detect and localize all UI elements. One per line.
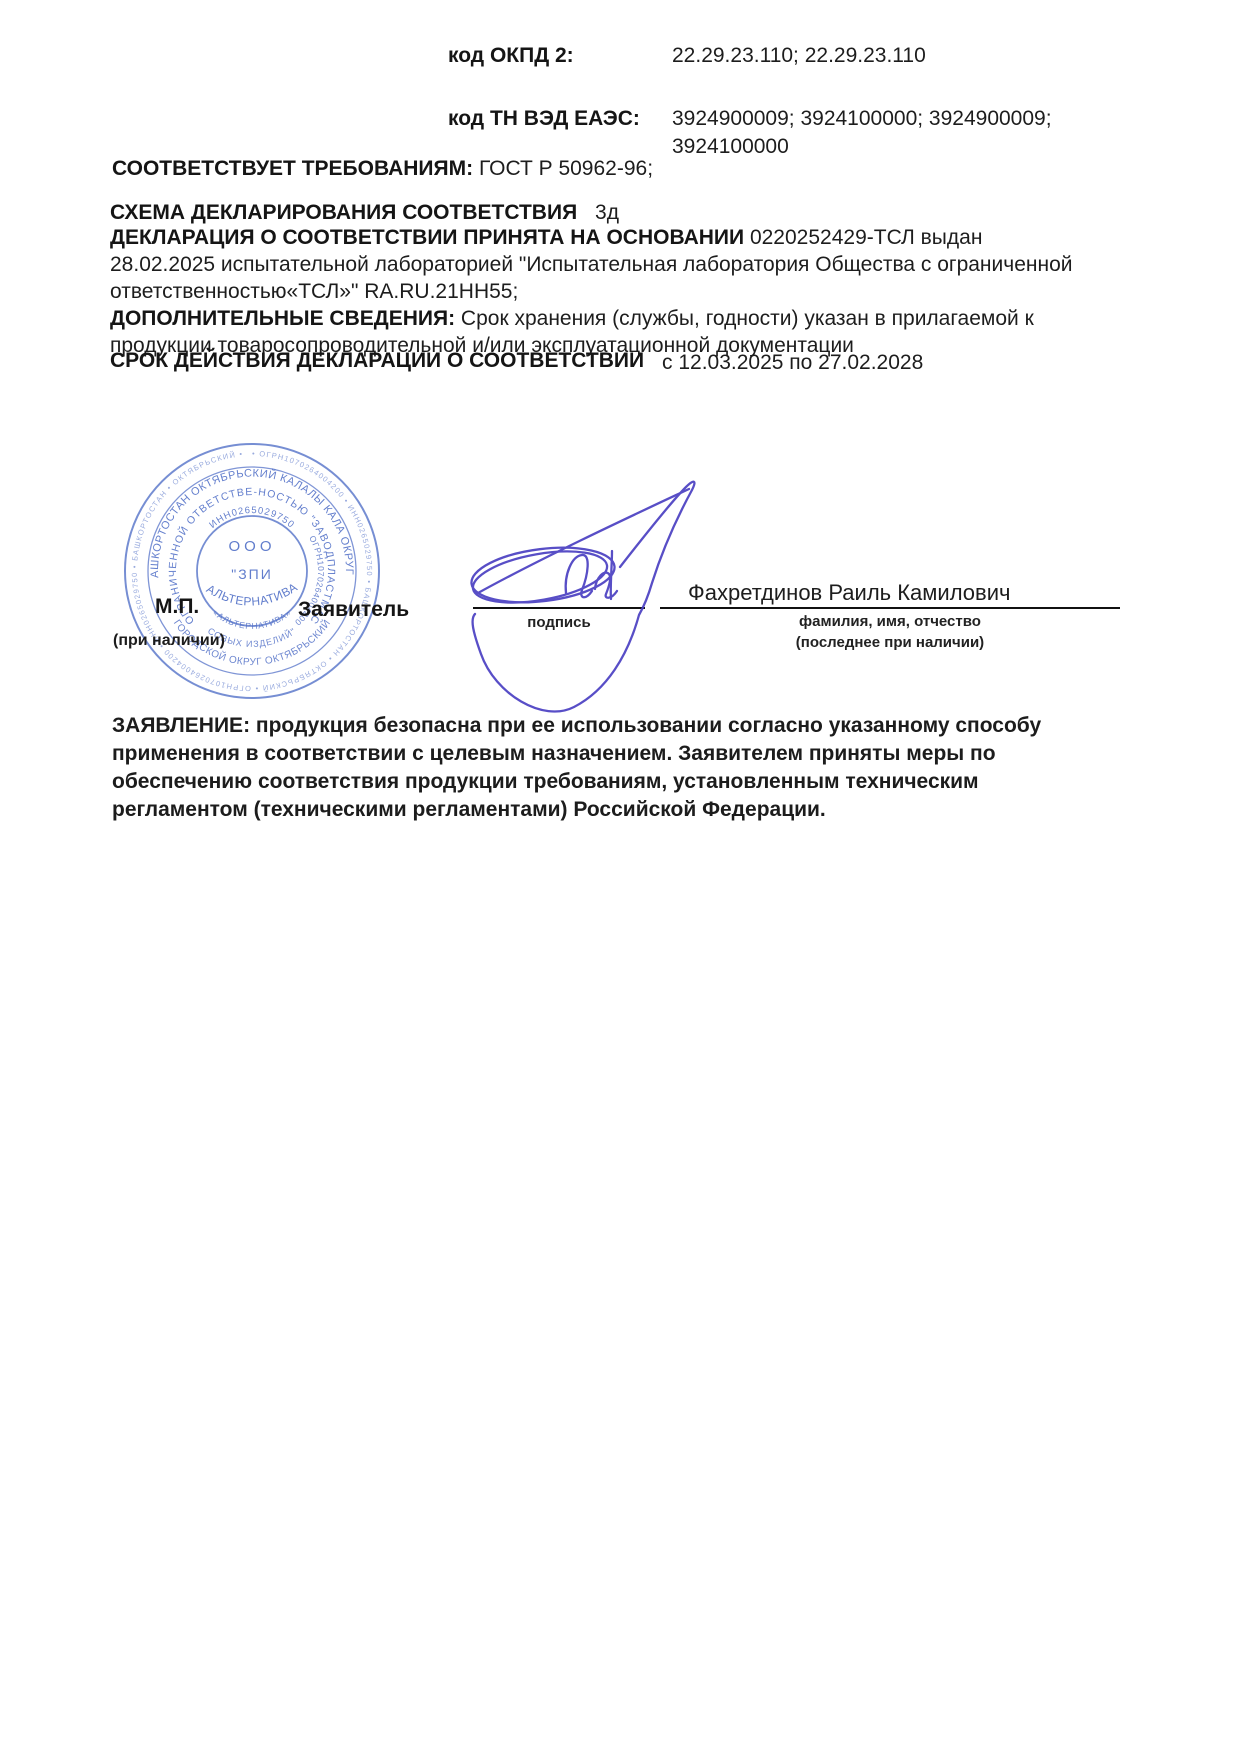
basis-value-line2: 28.02.2025 испытательной лабораторией "И… [110,253,1072,276]
signature-ink [425,418,725,753]
validity-value: с 12.03.2025 по 27.02.2028 [662,349,923,376]
signature-caption: подпись [473,614,645,631]
declaration-document: код ОКПД 2: 22.29.23.110; 22.29.23.110 к… [0,0,1240,1754]
tnved-value: 3924900009; 3924100000; 3924900009; 3924… [672,105,1052,161]
statement-line: регламентом (техническими регламентами) … [112,796,1152,824]
basis-paragraph: ДЕКЛАРАЦИЯ О СООТВЕТСТВИИ ПРИНЯТА НА ОСН… [110,224,1145,305]
name-caption-line1: фамилия, имя, отчество [660,613,1120,630]
tnved-label: код ТН ВЭД ЕАЭС: [448,105,640,132]
compliance-label: СООТВЕТСТВУЕТ ТРЕБОВАНИЯМ: [112,157,473,180]
compliance-row: СООТВЕТСТВУЕТ ТРЕБОВАНИЯМ: ГОСТ Р 50962-… [112,155,653,182]
stamp-inn-text: ИНН0265029750 [207,505,296,531]
applicant-label: Заявитель [298,596,409,623]
basis-value-intro: 0220252429-ТСЛ выдан [750,226,982,249]
basis-value-line3: ответственностью«ТСЛ»" RA.RU.21НН55; [110,280,518,303]
statement-line: обеспечению соответствия продукции требо… [112,768,1152,796]
stamp-center-zpi: "ЗПИ [231,566,273,582]
compliance-value: ГОСТ Р 50962-96; [479,157,653,180]
scheme-value: 3д [595,201,619,224]
name-line [660,607,1120,609]
additional-label: ДОПОЛНИТЕЛЬНЫЕ СВЕДЕНИЯ: [110,307,455,330]
okpd-label: код ОКПД 2: [448,42,574,69]
mp-label: М.П. [155,593,199,620]
stamp-alt-inner-text: «АЛЬТЕРНАТИВА» [211,607,293,631]
basis-label: ДЕКЛАРАЦИЯ О СООТВЕТСТВИИ ПРИНЯТА НА ОСН… [110,226,744,249]
scheme-label: СХЕМА ДЕКЛАРИРОВАНИЯ СООТВЕТСТВИЯ [110,201,577,224]
company-stamp: • ОГРН1070264004200 • ИНН0265029750 • БА… [112,436,392,712]
name-caption-line2: (последнее при наличии) [660,634,1120,651]
statement-paragraph: ЗАЯВЛЕНИЕ: продукция безопасна при ее ис… [112,712,1152,824]
statement-line: ЗАЯВЛЕНИЕ: продукция безопасна при ее ис… [112,712,1152,740]
applicant-name: Фахретдинов Раиль Камилович [688,579,1010,606]
tnved-value-line1: 3924900009; 3924100000; 3924900009; [672,107,1052,130]
additional-value-line1: Срок хранения (службы, годности) указан … [461,307,1034,330]
stamp-center-ooo: ООО [228,538,275,555]
tnved-value-line2: 3924100000 [672,135,789,158]
validity-label: СРОК ДЕЙСТВИЯ ДЕКЛАРАЦИИ О СООТВЕТСТВИИ [110,347,644,374]
mp-note: (при наличии) [113,632,225,650]
statement-line: применения в соответствии с целевым назн… [112,740,1152,768]
okpd-value: 22.29.23.110; 22.29.23.110 [672,42,926,69]
scheme-row: СХЕМА ДЕКЛАРИРОВАНИЯ СООТВЕТСТВИЯ 3д [110,199,619,226]
